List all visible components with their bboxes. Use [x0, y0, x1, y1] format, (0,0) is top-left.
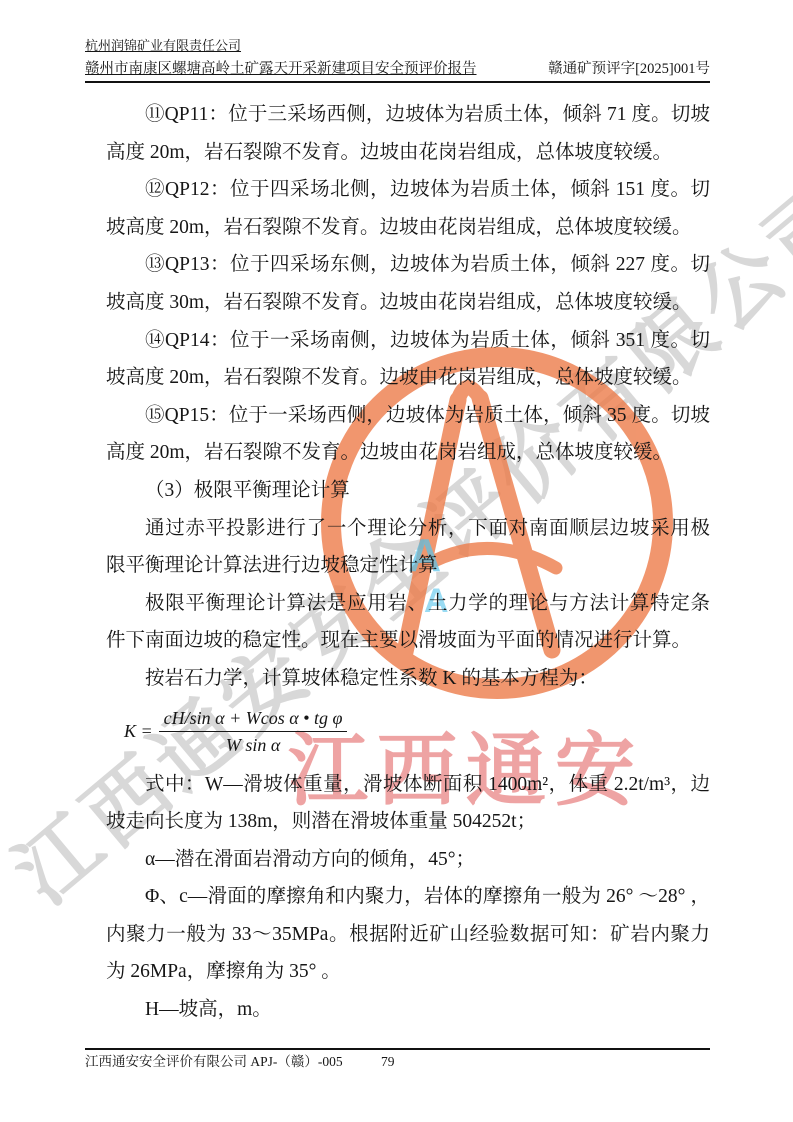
header-doc-number: 赣通矿预评字[2025]001号 [548, 58, 710, 80]
paragraph-weight-definition: 式中：W—滑坡体重量，滑坡体断面积 1400m²，体重 2.2t/m³，边坡走向… [106, 766, 710, 841]
paragraph-limit-equilibrium: 极限平衡理论计算法是应用岩、土力学的理论与方法计算特定条件下南面边坡的稳定性。现… [106, 585, 710, 660]
paragraph-phi-c-definition: Φ、c—滑面的摩擦角和内聚力，岩体的摩擦角一般为 26° ～28° ，内聚力一般… [106, 878, 710, 991]
section-heading: （3）极限平衡理论计算 [106, 472, 710, 510]
paragraph-rock-mechanics: 按岩石力学，计算坡体稳定性系数 K 的基本方程为： [106, 660, 710, 698]
stability-factor-formula: K = cH/sin α + Wcos α • tg φ W sin α [124, 706, 710, 758]
formula-fraction: cH/sin α + Wcos α • tg φ W sin α [159, 707, 348, 757]
document-body: ⑪QP11：位于三采场西侧，边坡体为岩质土体，倾斜 71 度。切坡高度 20m，… [106, 96, 710, 1029]
page-header: 杭州润锦矿业有限责任公司 赣州市南康区螺塘高岭土矿露天开采新建项目安全预评价报告… [85, 34, 710, 83]
document-page: 江西通安安全评价有限公司 江西通安 A A 杭州润锦矿业有限责任公司 赣州市南康… [0, 0, 793, 1122]
paragraph-h-definition: H—坡高，m。 [106, 991, 710, 1029]
page-footer: 江西通安安全评价有限公司 APJ-（赣）-005 79 [85, 1048, 710, 1071]
paragraph-alpha-definition: α—潜在滑面岩滑动方向的倾角，45°； [106, 841, 710, 879]
paragraph-stereographic: 通过赤平投影进行了一个理论分析，下面对南面顺层边坡采用极限平衡理论计算法进行边坡… [106, 510, 710, 585]
header-title-row: 赣州市南康区螺塘高岭土矿露天开采新建项目安全预评价报告 赣通矿预评字[2025]… [85, 58, 710, 80]
slope-item-qp12: ⑫QP12：位于四采场北侧，边坡体为岩质土体，倾斜 151 度。切坡高度 20m… [106, 171, 710, 246]
slope-item-qp15: ⑮QP15：位于一采场西侧，边坡体为岩质土体，倾斜 35 度。切坡高度 20m，… [106, 397, 710, 472]
header-report-title: 赣州市南康区螺塘高岭土矿露天开采新建项目安全预评价报告 [85, 58, 477, 80]
footer-company-code: 江西通安安全评价有限公司 APJ-（赣）-005 [85, 1054, 343, 1069]
slope-item-qp14: ⑭QP14：位于一采场南侧，边坡体为岩质土体，倾斜 351 度。切坡高度 20m… [106, 322, 710, 397]
slope-item-qp13: ⑬QP13：位于四采场东侧，边坡体为岩质土体，倾斜 227 度。切坡高度 30m… [106, 246, 710, 321]
page-number: 79 [381, 1053, 395, 1071]
slope-item-qp11: ⑪QP11：位于三采场西侧，边坡体为岩质土体，倾斜 71 度。切坡高度 20m，… [106, 96, 710, 171]
header-company-name: 杭州润锦矿业有限责任公司 [85, 34, 241, 58]
formula-denominator: W sin α [159, 732, 348, 757]
formula-numerator: cH/sin α + Wcos α • tg φ [159, 707, 348, 733]
formula-lhs: K = [124, 720, 153, 743]
